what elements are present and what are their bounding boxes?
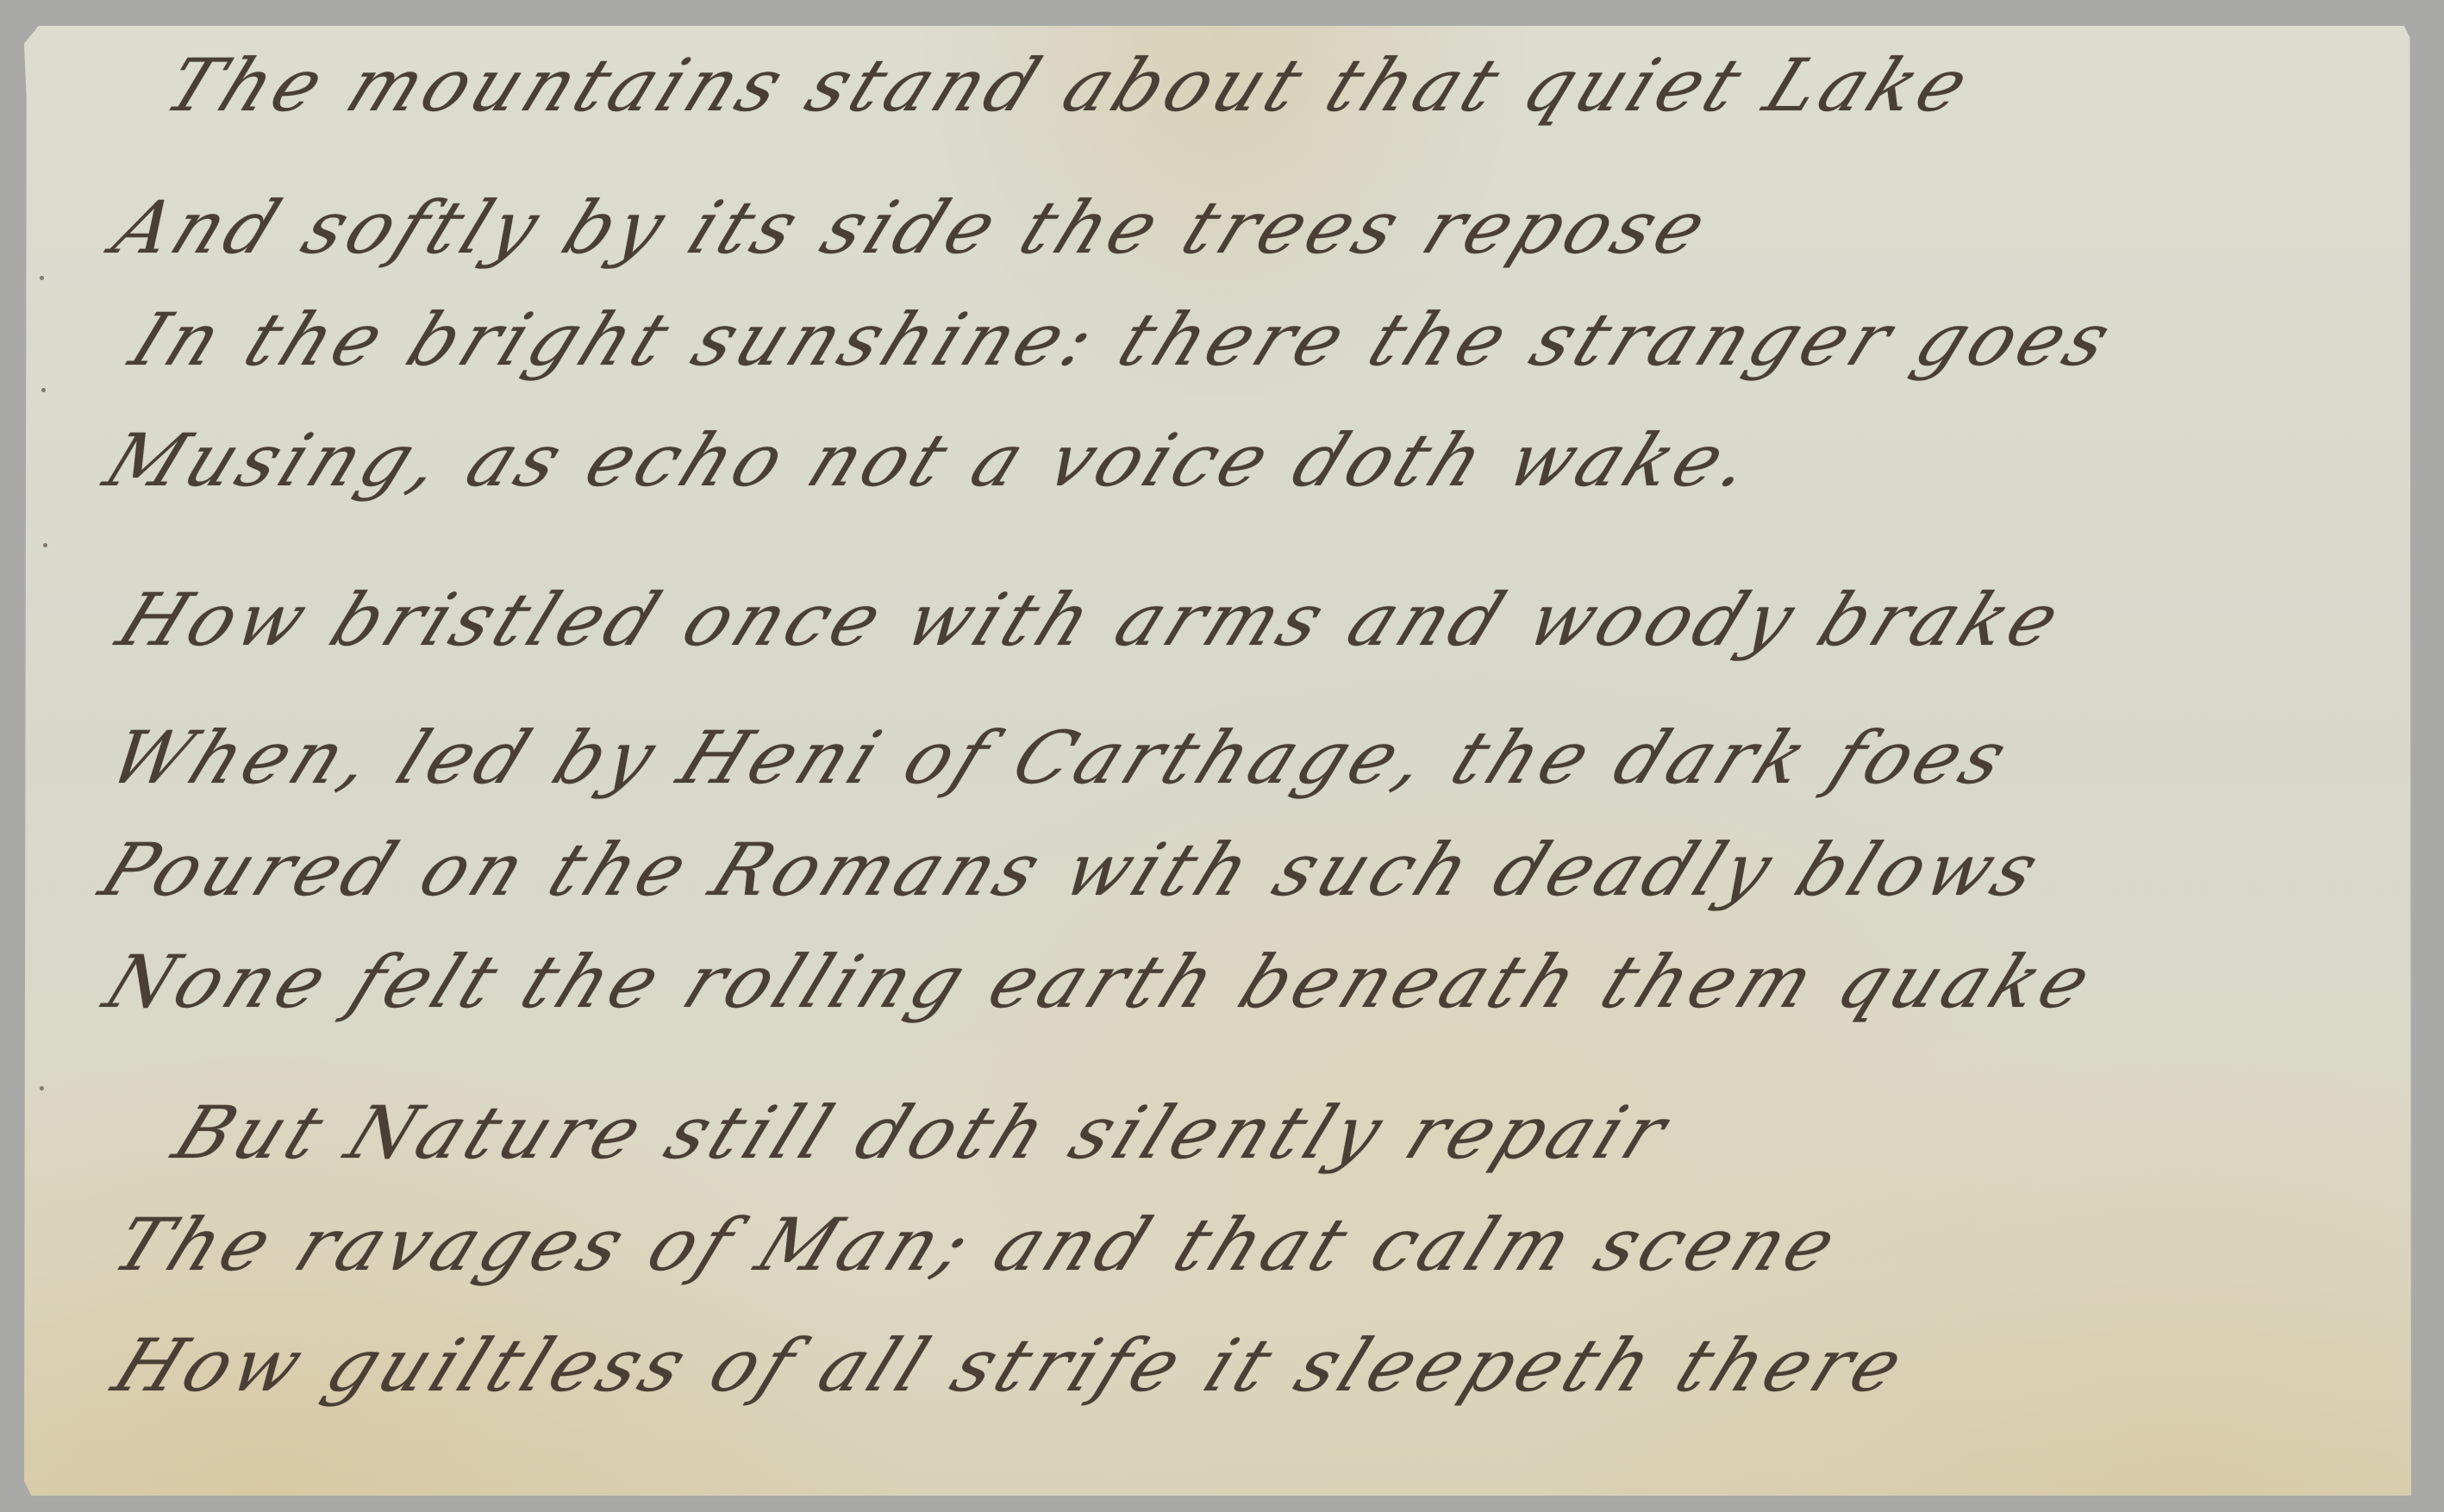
margin-mark [40,1086,44,1090]
scan-background: The mountains stand about that quiet Lak… [0,0,2444,1512]
poem-line-10: The ravages of Man; and that calm scene [102,1203,1853,1287]
poem-line-2: And softly by its side the trees repose [102,185,1723,270]
poem-body: The mountains stand about that quiet Lak… [24,26,2421,1496]
poem-line-1: The mountains stand about that quiet Lak… [153,43,1985,128]
poem-line-4: Musing, as echo not a voice doth wake. [93,418,1770,503]
poem-line-9: But Nature still doth silently repair [162,1090,1684,1175]
manuscript-page: The mountains stand about that quiet Lak… [24,26,2421,1496]
poem-line-6: When, led by Heni of Carthage, the dark … [97,715,2024,800]
margin-mark [43,543,47,547]
poem-line-3: In the bright sunshine: there the strang… [119,297,2128,382]
poem-line-5: How bristled once with arms and woody br… [106,578,2077,662]
margin-mark [40,276,44,280]
margin-mark [41,388,46,392]
poem-line-11: How guiltless of all strife it sleepeth … [102,1323,1920,1408]
poem-line-7: Poured on the Romans with such deadly bl… [89,828,2056,912]
poem-line-8: None felt the rolling earth beneath them… [93,940,2108,1024]
